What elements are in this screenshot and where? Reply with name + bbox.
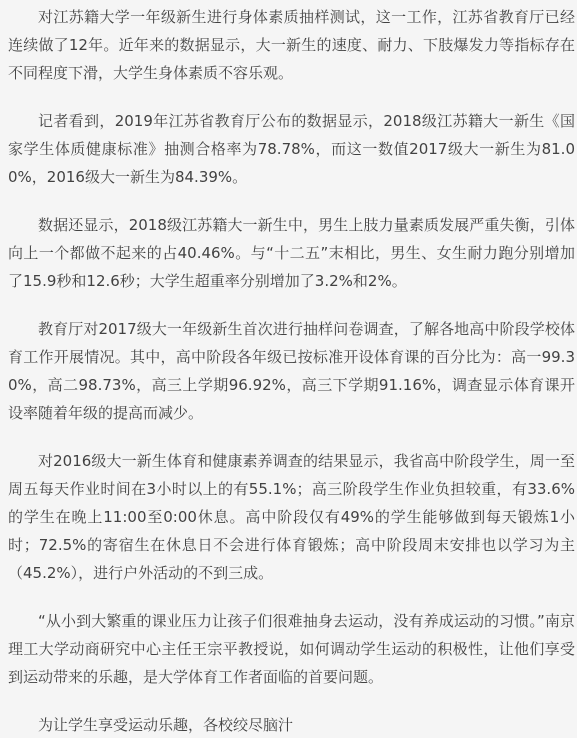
paragraph-strength-data: 数据还显示，2018级江苏籍大一新生中，男生上肢力量素质发展严重失衡，引体向上一… [8, 211, 575, 295]
paragraph-survey-pe-classes: 教育厅对2017级大一年级新生首次进行抽样问卷调查，了解各地高中阶段学校体育工作… [8, 315, 575, 427]
paragraph-schools-efforts: 为让学生享受运动乐趣，各校绞尽脑汁 [8, 711, 575, 738]
paragraph-intro-test: 对江苏籍大学一年级新生进行身体素质抽样测试，这一工作，江苏省教育厅已经连续做了1… [8, 3, 575, 87]
paragraph-homework-exercise: 对2016级大一新生体育和健康素养调查的结果显示，我省高中阶段学生，周一至周五每… [8, 447, 575, 587]
paragraph-pass-rates: 记者看到，2019年江苏省教育厅公布的数据显示，2018级江苏籍大一新生《国家学… [8, 107, 575, 191]
paragraph-professor-quote: “从小到大繁重的课业压力让孩子们很难抽身去运动，没有养成运动的习惯。”南京理工大… [8, 607, 575, 691]
article-body: 对江苏籍大学一年级新生进行身体素质抽样测试，这一工作，江苏省教育厅已经连续做了1… [0, 0, 577, 738]
